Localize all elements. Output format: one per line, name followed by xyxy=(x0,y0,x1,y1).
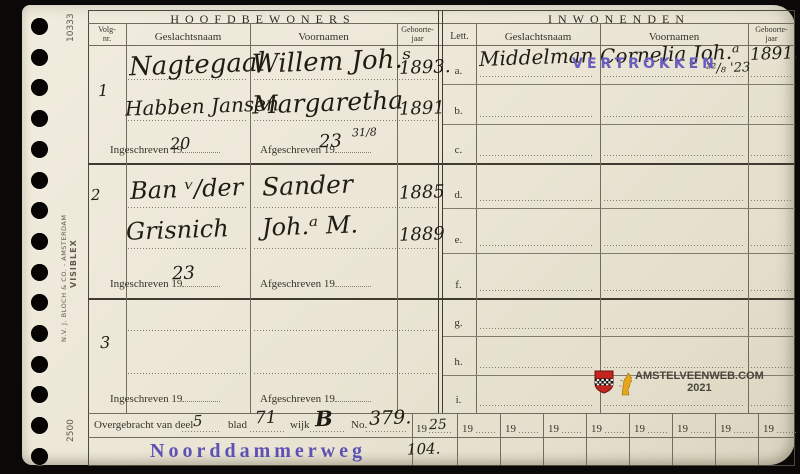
writing-line xyxy=(604,367,744,368)
brand-company-vertical: N.V. J. BLOCH & CO. - AMSTERDAM xyxy=(60,215,68,342)
writing-line xyxy=(480,328,594,329)
form-number-top: 10333 xyxy=(66,13,76,42)
column-header-geslachtsnaam-left: Geslachtsnaam xyxy=(126,31,250,43)
writing-line xyxy=(128,207,248,208)
year-cell-line xyxy=(672,413,673,465)
afgeschreven-label-row3: Afgeschreven 19 xyxy=(260,392,371,405)
writing-line xyxy=(751,405,791,406)
volgnr-row1: 1 xyxy=(98,81,109,100)
year-cell-line xyxy=(715,413,716,465)
column-header-volgnr: Volg- nr. xyxy=(88,25,126,43)
writing-line xyxy=(476,432,496,433)
street-stamp: Noorddammerweg xyxy=(150,440,366,463)
writing-line xyxy=(562,432,582,433)
writing-line xyxy=(604,116,744,117)
year-cell-line xyxy=(629,413,630,465)
inwonenden-letter: d. xyxy=(445,189,472,201)
inwonenden-letter: b. xyxy=(445,105,472,117)
writing-line xyxy=(604,290,744,291)
watermark: AMSTELVEENWEB.COM 2021 xyxy=(594,370,764,396)
row-separator xyxy=(443,84,795,85)
amstelveen-shield-icon xyxy=(594,370,614,394)
column-header-lett: Lett. xyxy=(443,31,476,42)
year-cell-line xyxy=(500,413,501,465)
birthyear-row1-line1: 1893. xyxy=(399,56,451,79)
section-title-inwonenden: INWONENDEN xyxy=(443,12,795,27)
ingeschreven-value-row2: 23 xyxy=(172,263,196,285)
birthyear-row2-line1: 1885 xyxy=(399,181,446,204)
binder-hole xyxy=(31,79,48,96)
column-header-geboortejaar-right: Geboorte- jaar xyxy=(748,25,795,43)
birthyear-row2-line2: 1889 xyxy=(399,223,446,246)
writing-line xyxy=(128,120,248,121)
writing-line xyxy=(751,116,791,117)
writing-line xyxy=(604,405,744,406)
writing-line xyxy=(254,79,396,80)
writing-line xyxy=(128,330,248,331)
writing-line xyxy=(399,248,436,249)
inwonende-a-birthyear: 1891. xyxy=(750,43,799,65)
afgeschreven-date-row1: 31/8 xyxy=(352,126,377,140)
writing-line xyxy=(399,79,436,80)
writing-line xyxy=(751,328,791,329)
watermark-text: AMSTELVEENWEB.COM 2021 xyxy=(635,370,764,394)
writing-line xyxy=(604,200,744,201)
row-separator xyxy=(443,336,795,337)
afgeschreven-label-row2: Afgeschreven 19 xyxy=(260,277,371,290)
binder-hole xyxy=(31,172,48,189)
writing-line xyxy=(254,207,396,208)
binder-hole xyxy=(31,49,48,66)
binder-hole xyxy=(31,110,48,127)
ingeschreven-label-row3: Ingeschreven 19 xyxy=(110,392,220,405)
firstname-row1-line2: Margaretha xyxy=(252,85,404,119)
column-header-voornamen-left: Voornamen xyxy=(250,31,397,43)
writing-line xyxy=(128,248,248,249)
year-cell-label: 19 xyxy=(763,423,774,435)
birthyear-row1-line2: 1891 xyxy=(399,97,446,120)
writing-line xyxy=(399,330,436,331)
binder-hole xyxy=(31,356,48,373)
writing-line xyxy=(254,373,396,374)
writing-line xyxy=(751,200,791,201)
writing-line xyxy=(691,432,711,433)
writing-line xyxy=(480,116,594,117)
surname-row1-line1: Nagtegaal xyxy=(129,48,267,83)
ingeschreven-label-row1: Ingeschreven 19 xyxy=(110,143,220,156)
column-header-geslachtsnaam-right: Geslachtsnaam xyxy=(476,31,600,43)
volgnr-row3: 3 xyxy=(100,333,111,352)
overgebracht-label: Overgebracht van deel xyxy=(94,419,193,431)
writing-line xyxy=(480,245,594,246)
ingeschreven-label-row2: Ingeschreven 19 xyxy=(110,277,220,290)
writing-line xyxy=(751,290,791,291)
inwonenden-letter: g. xyxy=(445,317,472,329)
writing-line xyxy=(604,76,744,77)
binder-hole xyxy=(31,325,48,342)
writing-line xyxy=(777,432,797,433)
firstname-row2-line1: Sander xyxy=(262,169,354,201)
ingeschreven-value-row1: 20 xyxy=(170,134,191,154)
year-cell-label: 19 xyxy=(720,423,731,435)
writing-line xyxy=(399,207,436,208)
year-cell-line xyxy=(758,413,759,465)
writing-line xyxy=(604,328,744,329)
no-label: No. xyxy=(351,419,367,431)
writing-line xyxy=(751,367,791,368)
writing-line xyxy=(480,155,594,156)
year-cell-line xyxy=(586,413,587,465)
writing-line xyxy=(751,76,791,77)
writing-line xyxy=(604,155,744,156)
binder-hole xyxy=(31,202,48,219)
scan-background: 10333 VISIBLEX N.V. J. BLOCH & CO. - AMS… xyxy=(0,0,800,474)
writing-line xyxy=(480,76,594,77)
row-separator xyxy=(443,253,795,254)
year-cell-label: 19 xyxy=(677,423,688,435)
surname-row2-line1: Ban ᵛ/der xyxy=(130,173,244,205)
afgeschreven-label-row1: Afgeschreven 19 xyxy=(260,143,371,156)
writing-line xyxy=(519,432,539,433)
writing-line xyxy=(399,120,436,121)
row-separator xyxy=(443,208,795,209)
binder-hole xyxy=(31,417,48,434)
blad-value: 71 xyxy=(255,408,277,429)
writing-line xyxy=(254,248,396,249)
surname-row2-line2: Grisnich xyxy=(126,214,230,246)
blad-label: blad xyxy=(228,419,247,431)
register-card: 10333 VISIBLEX N.V. J. BLOCH & CO. - AMS… xyxy=(22,5,795,465)
year-cell-first-label: 19 xyxy=(416,423,427,435)
year-cell-label: 19 xyxy=(505,423,516,435)
firstname-row2-line2: Joh.ᵃ M. xyxy=(262,210,359,241)
writing-line xyxy=(480,200,594,201)
writing-line xyxy=(605,432,625,433)
year-cell-label: 19 xyxy=(548,423,559,435)
inwonenden-letter: c. xyxy=(445,144,472,156)
writing-line xyxy=(480,367,594,368)
year-cell-label: 19 xyxy=(462,423,473,435)
year-cell-line xyxy=(457,413,458,465)
writing-line xyxy=(480,405,594,406)
section-title-hoofdbewoners: HOOFDBEWONERS xyxy=(88,12,438,27)
writing-line xyxy=(751,245,791,246)
vertrokken-stamp: VERTROKKEN xyxy=(570,56,720,72)
inwonenden-letter: f. xyxy=(445,279,472,291)
writing-line xyxy=(399,373,436,374)
writing-line xyxy=(254,330,396,331)
writing-line xyxy=(254,120,396,121)
binder-hole xyxy=(31,18,48,35)
column-header-geboortejaar-left: Geboorte- jaar xyxy=(397,25,438,43)
writing-line xyxy=(648,432,668,433)
wijk-value: B xyxy=(315,406,334,432)
year-cell-label: 19 xyxy=(591,423,602,435)
writing-line xyxy=(604,245,744,246)
binder-hole xyxy=(31,448,48,465)
binder-hole xyxy=(31,233,48,250)
no-value: 379. xyxy=(369,406,412,429)
volgnr-row2: 2 xyxy=(91,186,101,204)
lion-icon xyxy=(617,370,632,396)
form-number-bottom: 2500 xyxy=(66,419,76,442)
year-cell-line xyxy=(543,413,544,465)
writing-line xyxy=(128,373,248,374)
inwonenden-letter: i. xyxy=(445,394,472,406)
year-cell-label: 19 xyxy=(634,423,645,435)
writing-line xyxy=(751,155,791,156)
year-cell-first-value: 25 xyxy=(429,417,447,434)
binder-hole xyxy=(31,264,48,281)
inwonenden-letter: e. xyxy=(445,234,472,246)
afgeschreven-value-row1: 23 xyxy=(319,131,343,153)
writing-line xyxy=(480,290,594,291)
inwonenden-letter: h. xyxy=(445,356,472,368)
house-number: 104. xyxy=(407,439,441,458)
writing-line xyxy=(734,432,754,433)
brand-name-vertical: VISIBLEX xyxy=(69,239,78,288)
binder-hole xyxy=(31,141,48,158)
deel-value: 5 xyxy=(193,412,203,430)
binder-hole xyxy=(31,386,48,403)
wijk-label: wijk xyxy=(290,419,310,431)
row-separator xyxy=(443,124,795,125)
firstname-row1-line1: Willem Joh.ˢ xyxy=(252,44,412,80)
binder-hole xyxy=(31,294,48,311)
